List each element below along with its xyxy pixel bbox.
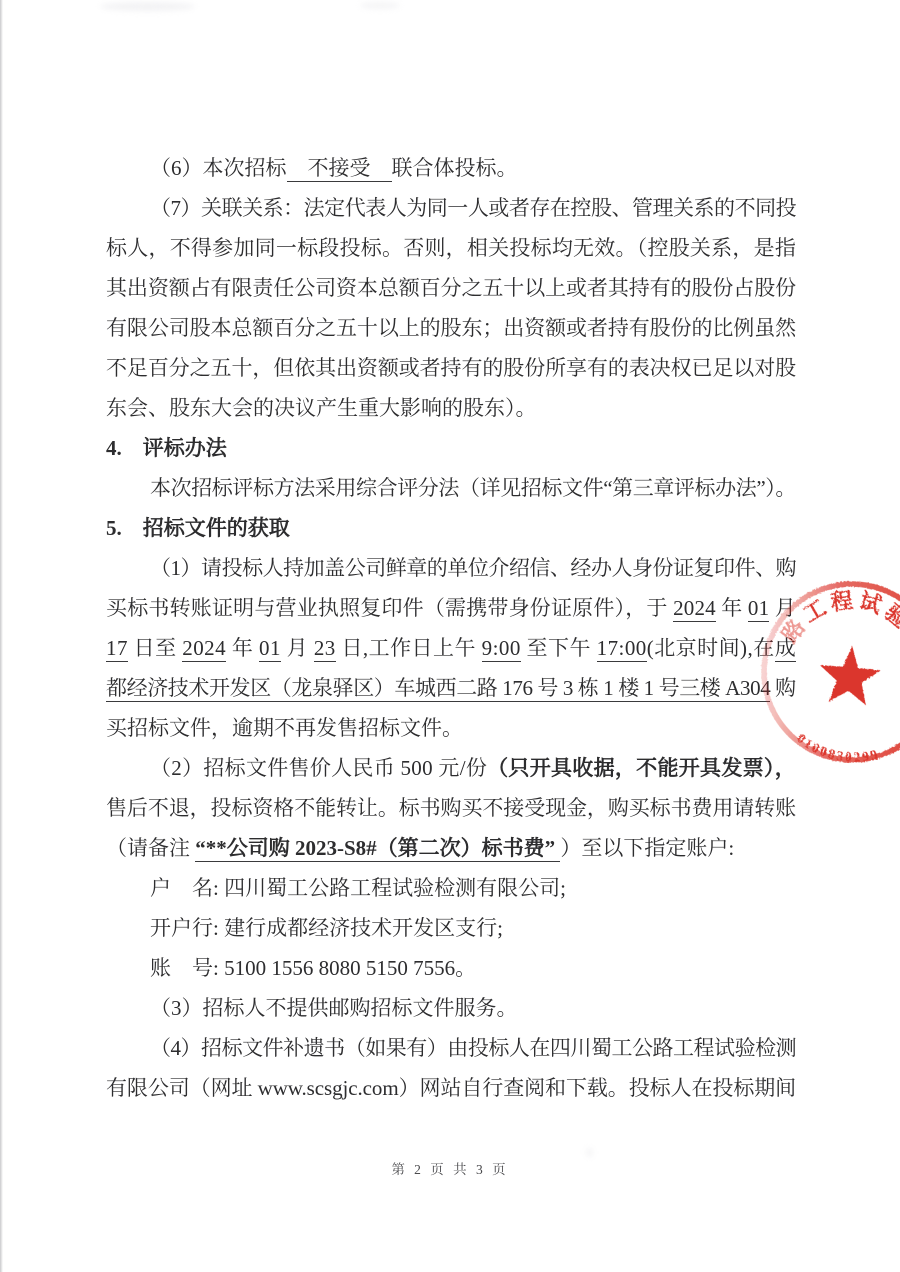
text-line-content: 4. 评标办法: [106, 436, 227, 460]
text-segment: （6）本次招标: [150, 156, 287, 180]
text-segment: 23: [314, 636, 336, 662]
text-line: （1）请投标人持加盖公司鲜章的单位介绍信、经办人身份证复印件、购: [106, 548, 796, 588]
text-segment: 17:00: [597, 636, 647, 662]
text-line-content: 其出资额占有限责任公司资本总额百分之五十以上或者其持有的股份占股份: [106, 276, 796, 300]
text-line-content: 有限公司股本总额百分之五十以上的股东；出资额或者持有股份的比例虽然: [106, 316, 796, 340]
text-line: 买招标文件，逾期不再发售招标文件。: [106, 708, 796, 748]
document-page: { "colors": { "ink": "#2d2d2f", "stamp_r…: [0, 0, 900, 1272]
text-line-content: （3）招标人不提供邮购招标文件服务。: [150, 996, 518, 1020]
text-segment: 不足百分之五十，但依其出资额或者持有的股份所享有的表决权已足以对股: [106, 356, 796, 380]
text-line-content: 标人，不得参加同一标段投标。否则，相关投标均无效。（控股关系，是指: [106, 236, 796, 260]
page-footer: 第 2 页 共 3 页: [0, 1158, 900, 1178]
svg-text:路工程试验检: 路工程试验检: [776, 581, 900, 659]
text-line-content: 户 名: 四川蜀工公路工程试验检测有限公司;: [150, 876, 566, 900]
text-line: 开户行: 建行成都经济技术开发区支行;: [106, 908, 796, 948]
text-line: 有限公司股本总额百分之五十以上的股东；出资额或者持有股份的比例虽然: [106, 308, 796, 348]
star-icon: [817, 643, 883, 706]
seal-serial-number: 0100830299: [793, 730, 883, 767]
text-line-content: （2）招标文件售价人民币 500 元/份（只开具收据，不能开具发票），: [150, 756, 796, 780]
text-line: （7）关联关系：法定代表人为同一人或者存在控股、管理关系的不同投: [106, 188, 796, 228]
text-line-content: 账 号: 5100 1556 8080 5150 7556。: [150, 956, 476, 980]
text-line-content: 有限公司（网址 www.scsgjc.com）网站自行查阅和下载。投标人在投标期…: [106, 1076, 796, 1100]
text-segment: 2024: [673, 596, 716, 622]
text-segment: “**公司购 2023-S8#（第二次）标书费”: [195, 836, 560, 862]
text-segment: （7）关联关系：法定代表人为同一人或者存在控股、管理关系的不同投: [150, 196, 796, 220]
text-segment: 买标书转账证明与营业执照复印件（需携带身份证原件），于: [106, 596, 673, 620]
text-line: （2）招标文件售价人民币 500 元/份（只开具收据，不能开具发票），: [106, 748, 796, 788]
text-line-content: 都经济技术开发区（龙泉驿区）车城西二路 176 号 3 栋 1 楼 1 号三楼 …: [106, 676, 796, 702]
page-edge-shadow: [0, 0, 3, 1272]
text-line: 有限公司（网址 www.scsgjc.com）网站自行查阅和下载。投标人在投标期…: [106, 1068, 796, 1108]
text-line-content: 5. 招标文件的获取: [106, 516, 290, 540]
text-segment: 买招标文件，逾期不再发售招标文件。: [106, 716, 463, 740]
text-line-content: 买标书转账证明与营业执照复印件（需携带身份证原件），于 2024 年 01 月: [106, 596, 796, 622]
text-segment: 年: [226, 636, 259, 660]
text-segment: 至下午: [521, 636, 597, 660]
text-segment: （2）招标文件售价人民币 500 元/份: [150, 756, 487, 780]
text-segment: 标人，不得参加同一标段投标。否则，相关投标均无效。（控股关系，是指: [106, 236, 796, 260]
text-segment: 有限公司（网址 www.scsgjc.com）网站自行查阅和下载。投标人在投标期…: [106, 1076, 796, 1100]
scan-smudge: [586, 1148, 593, 1157]
text-line: 其出资额占有限责任公司资本总额百分之五十以上或者其持有的股份占股份: [106, 268, 796, 308]
seal-arc-text: 路工程试验检: [776, 581, 900, 659]
text-line-content: 东会、股东大会的决议产生重大影响的股东）。: [106, 396, 537, 420]
text-line: 5. 招标文件的获取: [106, 508, 796, 548]
text-segment: （4）招标文件补遗书（如果有）由投标人在四川蜀工公路工程试验检测: [150, 1036, 796, 1060]
text-line: 账 号: 5100 1556 8080 5150 7556。: [106, 948, 796, 988]
text-segment: （请备注: [106, 836, 195, 860]
text-line: 都经济技术开发区（龙泉驿区）车城西二路 176 号 3 栋 1 楼 1 号三楼 …: [106, 668, 796, 708]
text-segment: 本次招标评标方法采用综合评分法（详见招标文件“第三章评标办法”）。: [150, 476, 796, 500]
text-line: 东会、股东大会的决议产生重大影响的股东）。: [106, 388, 796, 428]
text-segment: 其出资额占有限责任公司资本总额百分之五十以上或者其持有的股份占股份: [106, 276, 796, 300]
text-segment: ）至以下指定账户:: [560, 836, 734, 860]
text-line: （6）本次招标 不接受 联合体投标。: [106, 148, 796, 188]
text-segment: 联合体投标。: [392, 156, 518, 180]
text-line: （请备注 “**公司购 2023-S8#（第二次）标书费” ）至以下指定账户:: [106, 828, 796, 868]
text-segment: 4. 评标办法: [106, 436, 227, 460]
svg-text:0100830299: 0100830299: [793, 730, 883, 767]
text-segment: 日至: [128, 636, 182, 660]
text-line: （3）招标人不提供邮购招标文件服务。: [106, 988, 796, 1028]
text-segment: 17: [106, 636, 128, 662]
text-segment: 有限公司股本总额百分之五十以上的股东；出资额或者持有股份的比例虽然: [106, 316, 796, 340]
text-segment: 账 号: 5100 1556 8080 5150 7556。: [150, 956, 476, 980]
text-segment: 2024: [182, 636, 226, 662]
text-segment: 售后不退，投标资格不能转让。标书购买不接受现金，购买标书费用请转账: [106, 796, 796, 820]
text-line-content: 售后不退，投标资格不能转让。标书购买不接受现金，购买标书费用请转账: [106, 796, 796, 820]
text-line-content: 不足百分之五十，但依其出资额或者持有的股份所享有的表决权已足以对股: [106, 356, 796, 380]
text-line-content: 买招标文件，逾期不再发售招标文件。: [106, 716, 463, 740]
text-segment: （3）招标人不提供邮购招标文件服务。: [150, 996, 518, 1020]
scanned-page: （6）本次招标 不接受 联合体投标。（7）关联关系：法定代表人为同一人或者存在控…: [0, 0, 900, 1272]
text-line-content: 本次招标评标方法采用综合评分法（详见招标文件“第三章评标办法”）。: [150, 476, 796, 500]
text-segment: （1）请投标人持加盖公司鲜章的单位介绍信、经办人身份证复印件、购: [150, 556, 796, 580]
text-line-content: （1）请投标人持加盖公司鲜章的单位介绍信、经办人身份证复印件、购: [150, 556, 796, 580]
text-line: （4）招标文件补遗书（如果有）由投标人在四川蜀工公路工程试验检测: [106, 1028, 796, 1068]
text-segment: 9:00: [482, 636, 521, 662]
scan-smudge: [360, 2, 400, 9]
text-segment: 东会、股东大会的决议产生重大影响的股东）。: [106, 396, 537, 420]
company-seal-stamp: 路工程试验检 0100830299: [740, 540, 900, 780]
text-segment: 开户行: 建行成都经济技术开发区支行;: [150, 916, 503, 940]
text-line: 17 日至 2024 年 01 月 23 日,工作日上午 9:00 至下午 17…: [106, 628, 796, 668]
text-line: 4. 评标办法: [106, 428, 796, 468]
text-segment: 不接受: [287, 156, 392, 182]
text-segment: 01: [259, 636, 281, 662]
text-line: 售后不退，投标资格不能转让。标书购买不接受现金，购买标书费用请转账: [106, 788, 796, 828]
text-line-content: （4）招标文件补遗书（如果有）由投标人在四川蜀工公路工程试验检测: [150, 1036, 796, 1060]
text-segment: 5. 招标文件的获取: [106, 516, 290, 540]
text-segment: 日,工作日上午: [336, 636, 482, 660]
scan-smudge: [100, 2, 195, 11]
text-line: 买标书转账证明与营业执照复印件（需携带身份证原件），于 2024 年 01 月: [106, 588, 796, 628]
text-line-content: 开户行: 建行成都经济技术开发区支行;: [150, 916, 503, 940]
text-segment: 都经济技术开发区（龙泉驿区）车城西二路 176 号 3 栋 1 楼 1 号三楼 …: [106, 676, 770, 702]
text-line-content: （请备注 “**公司购 2023-S8#（第二次）标书费” ）至以下指定账户:: [106, 836, 734, 862]
document-body: （6）本次招标 不接受 联合体投标。（7）关联关系：法定代表人为同一人或者存在控…: [106, 148, 796, 1108]
text-line: 不足百分之五十，但依其出资额或者持有的股份所享有的表决权已足以对股: [106, 348, 796, 388]
text-line: 本次招标评标方法采用综合评分法（详见招标文件“第三章评标办法”）。: [106, 468, 796, 508]
text-line: 户 名: 四川蜀工公路工程试验检测有限公司;: [106, 868, 796, 908]
text-line-content: （6）本次招标 不接受 联合体投标。: [150, 156, 518, 182]
text-segment: 户 名: 四川蜀工公路工程试验检测有限公司;: [150, 876, 566, 900]
text-line-content: 17 日至 2024 年 01 月 23 日,工作日上午 9:00 至下午 17…: [106, 636, 796, 662]
text-line: 标人，不得参加同一标段投标。否则，相关投标均无效。（控股关系，是指: [106, 228, 796, 268]
text-line-content: （7）关联关系：法定代表人为同一人或者存在控股、管理关系的不同投: [150, 196, 796, 220]
text-segment: 月: [281, 636, 314, 660]
